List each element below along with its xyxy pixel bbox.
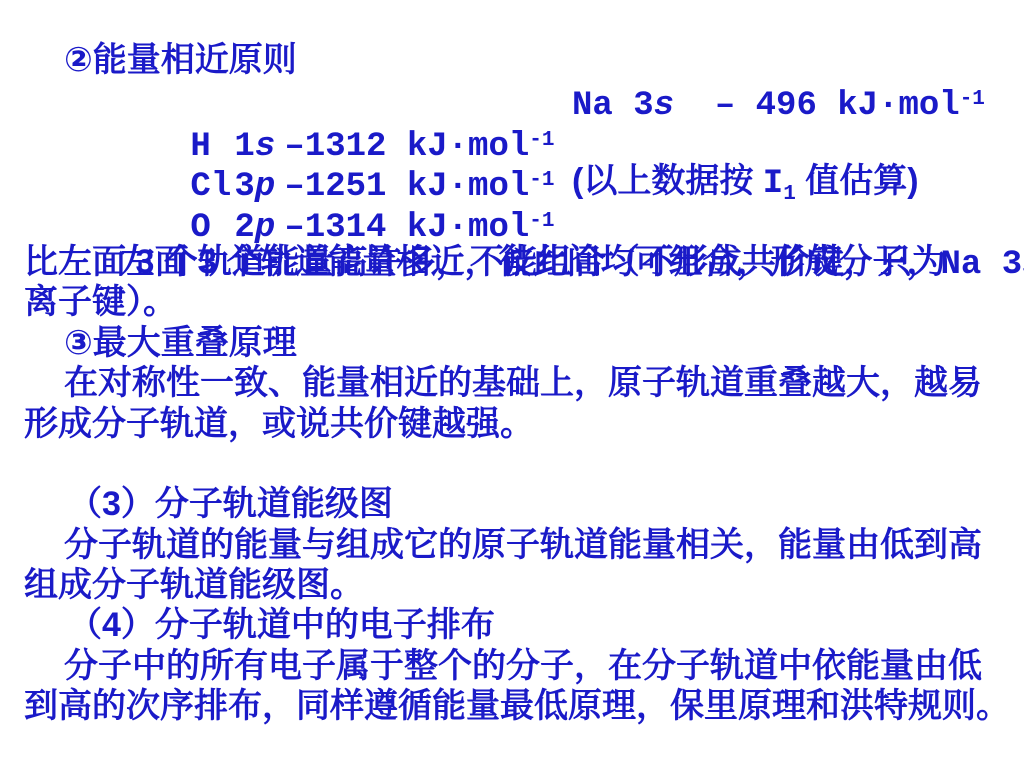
orbital-row-o: O2p–1314 kJ·mol-1 (以上数据按 I1 值估算) <box>24 161 1020 201</box>
heading-mo-energy-diagram: （3）分子轨道能级图 <box>24 484 1020 524</box>
paragraph-energy-line2: 比左面 3 个轨道能量高许多，不能组合（不形成共价键，只为 <box>24 242 1020 282</box>
blank-line <box>24 444 1020 484</box>
paragraph-overlap-line1: 在对称性一致、能量相近的基础上，原子轨道重叠越大，越易 <box>24 363 1020 403</box>
slide-canvas: ②能量相近原则 H1s–1312 kJ·mol-1 Na 3s – 496 kJ… <box>0 0 1024 768</box>
note-text: (以上数据按 <box>572 162 763 200</box>
paragraph-overlap-line2: 形成分子轨道，或说共价键越强。 <box>24 404 1020 444</box>
paragraph-energy-line1: 左面 3 个轨道能量相近，彼此间均可组合，形成分子，Na 3s <box>24 202 1020 242</box>
paragraph-energy-line3: 离子键）。 <box>24 282 1020 322</box>
heading-electron-arrangement: （4）分子轨道中的电子排布 <box>24 605 1020 645</box>
paragraph-electron-line2: 到高的次序排布，同样遵循能量最低原理，保里原理和洪特规则。 <box>24 686 1020 726</box>
orbital-row-h: H1s–1312 kJ·mol-1 Na 3s – 496 kJ·mol-1 <box>24 80 1020 120</box>
orbital-subshell: s <box>654 87 674 125</box>
element-symbol: Na <box>572 87 633 125</box>
exponent-superscript: -1 <box>960 88 985 111</box>
slide-text-block: ②能量相近原则 H1s–1312 kJ·mol-1 Na 3s – 496 kJ… <box>24 40 1020 727</box>
paragraph-mo-diagram-line1: 分子轨道的能量与组成它的原子轨道能量相关，能量由低到高 <box>24 525 1020 565</box>
note-text: 值估算) <box>796 162 919 200</box>
heading-overlap-principle: ③最大重叠原理 <box>24 323 1020 363</box>
ionization-symbol: I <box>763 165 783 203</box>
orbital-row-cl: Cl3p–1251 kJ·mol-1 <box>24 121 1020 161</box>
orbital-shell: 3 <box>633 87 653 125</box>
paragraph-mo-diagram-line2: 组成分子轨道能级图。 <box>24 565 1020 605</box>
heading-energy-principle: ②能量相近原则 <box>24 40 1020 80</box>
paragraph-electron-line1: 分子中的所有电子属于整个的分子，在分子轨道中依能量由低 <box>24 646 1020 686</box>
orbital-energy-value: – 496 kJ·mol <box>674 87 960 125</box>
